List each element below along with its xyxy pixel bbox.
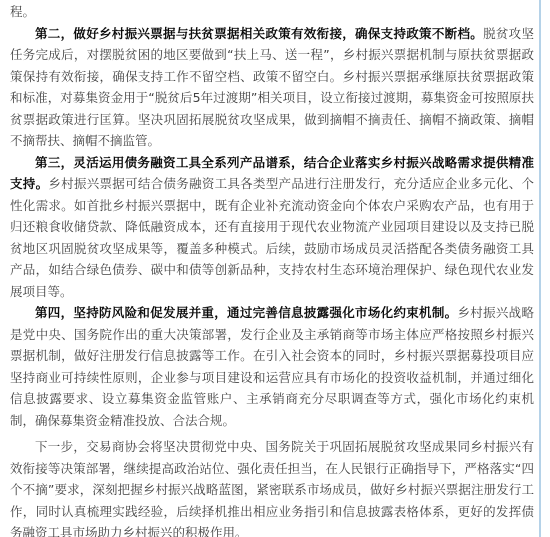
article-body: 程。 第二，做好乡村振兴票据与扶贫票据相关政策有效衔接，确保支持政策不断档。脱贫… — [10, 1, 534, 537]
paragraph-text: 乡村振兴战略是党中央、国务院作出的重大决策部署，发行企业及主承销商等市场主体应严… — [10, 305, 534, 428]
paragraph-closing: 下一步，交易商协会将坚决贯彻党中央、国务院关于巩固拓展脱贫攻坚成果同乡村振兴有效… — [10, 436, 534, 537]
paragraph-point-3: 第三，灵活运用债务融资工具全系列产品谱系，结合企业落实乡村振兴战略需求提供精准支… — [10, 152, 534, 303]
paragraph-lead: 第二，做好乡村振兴票据与扶贫票据相关政策有效衔接，确保支持政策不断档。 — [35, 26, 483, 41]
paragraph-text: 脱贫攻坚任务完成后，对摆脱贫困的地区要做到“扶上马、送一程”，乡村振兴票据机制与… — [10, 26, 534, 149]
paragraph-text: 乡村振兴票据可结合债务融资工具各类型产品进行注册发行，充分适应企业多元化、个性化… — [10, 176, 534, 299]
paragraph-point-4: 第四，坚持防风险和促发展并重，通过完善信息披露强化市场化约束机制。乡村振兴战略是… — [10, 302, 534, 431]
paragraph-point-2: 第二，做好乡村振兴票据与扶贫票据相关政策有效衔接，确保支持政策不断档。脱贫攻坚任… — [10, 23, 534, 152]
paragraph-lead: 第四，坚持防风险和促发展并重，通过完善信息披露强化市场化约束机制。 — [35, 305, 457, 320]
content-frame-border — [539, 0, 541, 537]
paragraph-text: 下一步，交易商协会将坚决贯彻党中央、国务院关于巩固拓展脱贫攻坚成果同乡村振兴有效… — [10, 439, 534, 537]
paragraph-fragment: 程。 — [10, 1, 534, 23]
